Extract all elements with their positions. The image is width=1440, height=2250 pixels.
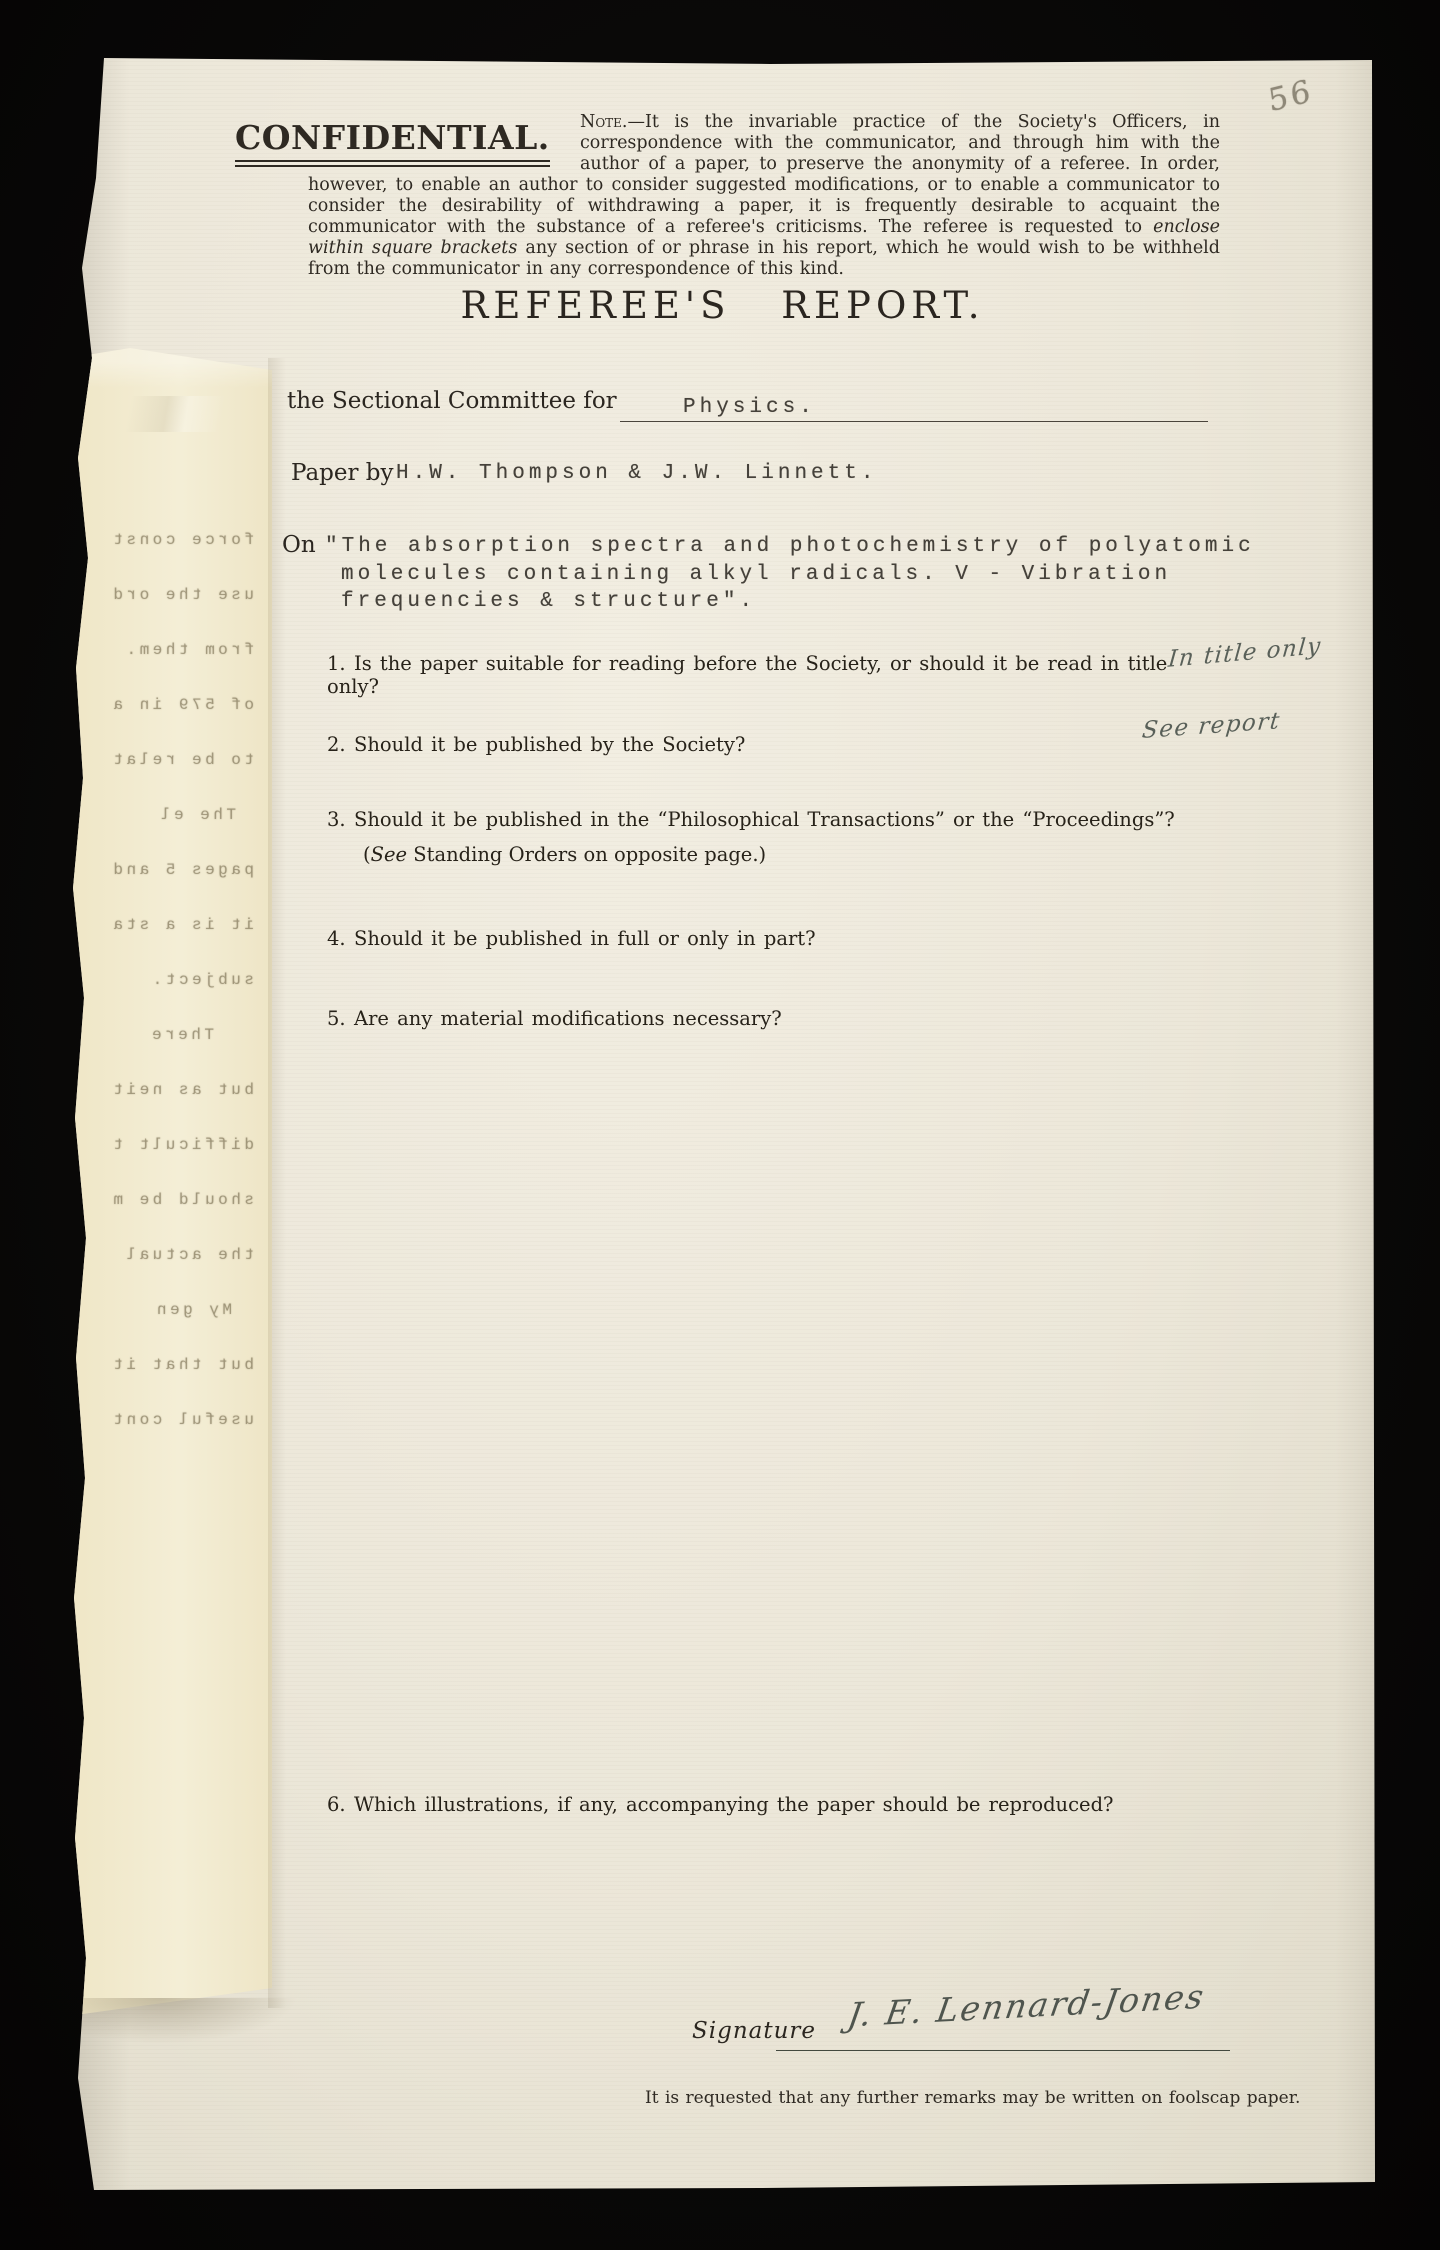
bleedthrough-line: useful cont bbox=[68, 1411, 272, 1429]
question-3-note-open: ( bbox=[363, 843, 371, 866]
bleedthrough-line: The el bbox=[68, 806, 272, 824]
question-3-note-italic: See bbox=[371, 843, 407, 866]
question-5: 5.Are any material modifications necessa… bbox=[327, 1007, 1227, 1030]
question-3-note: (See Standing Orders on opposite page.) bbox=[363, 843, 766, 866]
question-3: 3.Should it be published in the “Philoso… bbox=[327, 808, 1227, 831]
note-label: Note. bbox=[580, 112, 627, 132]
bleedthrough-line: should be m bbox=[68, 1191, 272, 1209]
question-3-number: 3. bbox=[327, 808, 354, 831]
committee-row: the Sectional Committee for Physics. bbox=[287, 388, 1208, 428]
handwritten-signature: J. E. Lennard-Jones bbox=[845, 1976, 1208, 2034]
question-4: 4.Should it be published in full or only… bbox=[327, 927, 1227, 950]
note-wrap-spacer bbox=[308, 112, 580, 156]
archive-page-number: 56 bbox=[1266, 73, 1315, 120]
question-6: 6.Which illustrations, if any, accompany… bbox=[327, 1793, 1227, 1816]
question-2: 2.Should it be published by the Society? bbox=[327, 733, 1227, 756]
paper-by-label: Paper by bbox=[291, 460, 394, 486]
confidentiality-note: Note.—It is the invariable practice of t… bbox=[308, 112, 1220, 280]
question-1-text: Is the paper suitable for reading before… bbox=[327, 652, 1167, 698]
signature-label: Signature bbox=[692, 2018, 816, 2044]
bleedthrough-line: My gen bbox=[68, 1301, 272, 1319]
committee-blank-line bbox=[620, 421, 1208, 422]
bleedthrough-line: the actual bbox=[68, 1246, 272, 1264]
bleedthrough-line: but that it bbox=[68, 1356, 272, 1374]
question-2-text: Should it be published by the Society? bbox=[354, 733, 745, 756]
bleedthrough-line: to be relat bbox=[68, 751, 272, 769]
question-2-number: 2. bbox=[327, 733, 354, 756]
handwritten-answer-2: See report bbox=[1141, 708, 1282, 744]
question-6-number: 6. bbox=[327, 1793, 354, 1816]
question-5-number: 5. bbox=[327, 1007, 354, 1030]
bleedthrough-line: of 579 in a bbox=[68, 696, 272, 714]
paper-title-line-3: frequencies & structure". bbox=[325, 588, 1315, 616]
bleedthrough-text: force constuse the ordfrom them.of 579 i… bbox=[68, 348, 272, 2016]
paper-title-typed: "The absorption spectra and photochemist… bbox=[325, 533, 1315, 616]
committee-label: the Sectional Committee for bbox=[287, 388, 617, 414]
bleedthrough-line: There bbox=[68, 1026, 272, 1044]
committee-typed-value: Physics. bbox=[683, 396, 816, 419]
fold-shadow bbox=[68, 1998, 298, 2044]
fold-edge-shadow bbox=[268, 358, 286, 2008]
question-4-number: 4. bbox=[327, 927, 354, 950]
question-4-text: Should it be published in full or only i… bbox=[354, 927, 816, 950]
bleedthrough-line: it is a sta bbox=[68, 916, 272, 934]
question-1: 1.Is the paper suitable for reading befo… bbox=[327, 652, 1227, 698]
bleedthrough-line: difficult t bbox=[68, 1136, 272, 1154]
photo-background: force constuse the ordfrom them.of 579 i… bbox=[0, 0, 1440, 2250]
handwritten-answer-1: In title only bbox=[1167, 633, 1323, 673]
paper-authors: H.W. Thompson & J.W. Linnett. bbox=[396, 462, 877, 485]
bleedthrough-line: but as neit bbox=[68, 1081, 272, 1099]
bleedthrough-line: from them. bbox=[68, 641, 272, 659]
paper-by-row: Paper by H.W. Thompson & J.W. Linnett. bbox=[291, 460, 394, 494]
question-5-text: Are any material modifications necessary… bbox=[354, 1007, 782, 1030]
question-1-number: 1. bbox=[327, 652, 354, 675]
bleedthrough-line: use the ord bbox=[68, 586, 272, 604]
question-3-note-rest: Standing Orders on opposite page.) bbox=[407, 843, 766, 866]
signature-line bbox=[776, 2050, 1230, 2051]
question-3-text: Should it be published in the “Philosoph… bbox=[354, 808, 1175, 831]
referee-report-form: force constuse the ordfrom them.of 579 i… bbox=[70, 58, 1375, 2190]
bleedthrough-line: pages 5 and bbox=[68, 861, 272, 879]
on-label: On bbox=[282, 532, 316, 558]
paper-title-row: On "The absorption spectra and photochem… bbox=[282, 532, 316, 558]
bleedthrough-line: subject. bbox=[68, 971, 272, 989]
paper-title-line-2: molecules containing alkyl radicals. V -… bbox=[325, 561, 1315, 589]
folded-typed-sheet: force constuse the ordfrom them.of 579 i… bbox=[68, 348, 272, 2016]
form-title: REFEREE'S REPORT. bbox=[70, 284, 1375, 327]
bleedthrough-line: force const bbox=[68, 531, 272, 549]
foolscap-note: It is requested that any further remarks… bbox=[645, 2088, 1300, 2108]
question-6-text: Which illustrations, if any, accompanyin… bbox=[354, 1793, 1114, 1816]
paper-title-line-1: "The absorption spectra and photochemist… bbox=[325, 533, 1315, 561]
